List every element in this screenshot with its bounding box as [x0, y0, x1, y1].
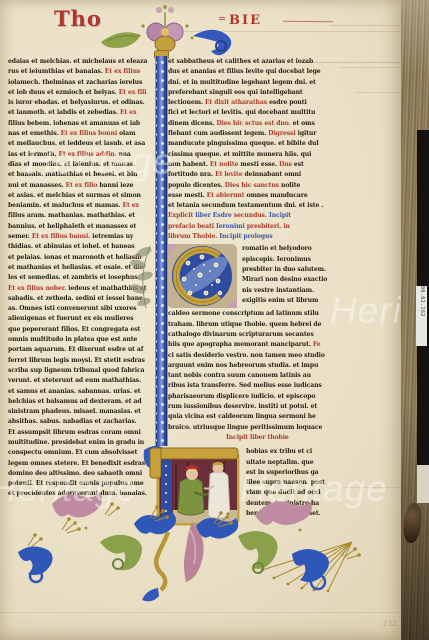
- page-crease: [355, 92, 401, 93]
- text-line: et ianmoth. et iabdis et zebedias. Et ex: [8, 108, 150, 118]
- text-line: exigitis enim ut librum: [242, 296, 360, 306]
- text-line: ribus ista transferre. Sed melius esse i…: [168, 381, 360, 391]
- text-line: preferebant singuli eos qui intelligeban…: [168, 88, 360, 98]
- text-line: quia vicina est caldeorum lingua sermoni…: [168, 412, 360, 422]
- text-line: et samus et ananias. sabannas. urias. et: [8, 387, 150, 397]
- bottom-floral-border-icon: [0, 470, 420, 640]
- text-line: braico. utriusque lingue peritissimum lo…: [168, 423, 360, 433]
- text-line: verunt. et steterunt ad eum mathathias.: [8, 376, 150, 386]
- left-text-column: edaias et melchias. et michelaus et elea…: [8, 57, 150, 500]
- text-line: hobias ex tribu et ci: [246, 447, 360, 457]
- text-line: cathalogo divinarum scripturarum secante…: [168, 330, 360, 340]
- text-line: populo dicentes. Dies hic sanctus nolite: [168, 181, 360, 191]
- text-line: ias et iermoth. Et ex filius addin. naa: [8, 150, 150, 160]
- text-line: tant nobis contra suum canonem latinis a…: [168, 371, 360, 381]
- text-line: alienigenas et fuerunt ex eis mulieres: [8, 314, 150, 324]
- text-line: fortitudo nra. Et levite deinnabant omni: [168, 170, 360, 180]
- text-line: et letania secundum testamentum dni. et …: [168, 201, 360, 211]
- text-line: sabadis. et zetheda. sedini et iessei ba…: [8, 294, 150, 304]
- text-line: hiis que apographa memorant manciparut. …: [168, 340, 360, 350]
- text-line: multitudine. presidebat enim in gradu in: [8, 438, 150, 448]
- prologue-block: romatio et helyodoroepiscopis. Ieronimus…: [168, 242, 360, 309]
- text-line: ferret librum legis moysi. Et stetit esd…: [8, 356, 150, 366]
- text-line: et pelaias. ionas et maronoth et heliasi…: [8, 253, 150, 263]
- text-line: is iuror ebadas. et helyasiurus. et odin…: [8, 98, 150, 108]
- text-line: manducate pinguissima queque. et bibite …: [168, 139, 360, 149]
- text-line: dus et ananias et filius levite qui doce…: [168, 67, 360, 77]
- text-line: thidias. et abinuias et iohel. et baneas: [8, 242, 150, 252]
- text-line: nui et manasses. Et ex filio banni ieze: [8, 181, 150, 191]
- text-line: sinistram phadeus. misael. manasias. et: [8, 407, 150, 417]
- text-line: et mellauchus. et ieddeus et iasub. et a…: [8, 139, 150, 149]
- text-line: conspectu omnium. Et cum absolvisset: [8, 448, 150, 458]
- text-line: dinem dicens. Dies hic sctus est dno. et…: [168, 119, 360, 129]
- text-line: episcopis. Ieronimus: [242, 255, 360, 265]
- text-line: filius bebem. iohenas et amanuas et iab: [8, 119, 150, 129]
- illuminated-initial-c: [166, 243, 238, 309]
- text-line: non habent. Et nolite mesti esse. Dns es…: [168, 160, 360, 170]
- text-line: ci satis desiderio vestro. non tamen meo…: [168, 351, 360, 361]
- text-line: les et semedias. et zambris et iosephus.: [8, 273, 150, 283]
- text-line: rus et ieiumthias et banaias. Et ex fili…: [8, 67, 150, 77]
- text-line: et asias. et melchias et surmas et simon: [8, 191, 150, 201]
- text-line: et mathanias et heliasias. et osaie. et …: [8, 263, 150, 273]
- text-line: prefacio beati Ieronimi presbiteri. in: [168, 222, 360, 232]
- text-line: esse mesti. Et abierunt omnes manducare: [168, 191, 360, 201]
- spine-label-text: 00.02.162: [419, 286, 425, 346]
- text-line: presbiter in dno salutem.: [242, 265, 360, 275]
- text-line: et iob duus et ezmioch et helyas. Et ex …: [8, 88, 150, 98]
- right-column-top: et sabbatheus et calithes et azarias et …: [168, 57, 360, 242]
- text-line: dni. et in multitudine legebant legem dn…: [168, 78, 360, 88]
- text-line: helchias et balsamus ad dexteram. et ad: [8, 397, 150, 407]
- text-line: uitate neptalim. que: [246, 458, 360, 468]
- text-line: pharisaeorum displicere iudicio. et epis…: [168, 392, 360, 402]
- text-line: arguunt enim nos hebreorum studia. et im…: [168, 361, 360, 371]
- text-line: portam aquarum. Et dixerunt esdre ut af: [8, 345, 150, 355]
- text-line: que pepererant filios. Et congregata est: [8, 325, 150, 335]
- margin-foliage-icon: [130, 244, 160, 310]
- text-line: bannius. et heliphaleth et manasses et: [8, 222, 150, 232]
- edge-light-patch: [417, 465, 429, 503]
- text-line: omnis multitudo in platea que est ante: [8, 335, 150, 345]
- text-line: librum Thobie. Incipit prologus: [168, 232, 360, 242]
- text-line: beniamin. et maluchus et mamas. Et ex: [8, 201, 150, 211]
- text-line: fici et lectori et levitis. qui docebant…: [168, 108, 360, 118]
- text-line: caldeo sermone conscriptum ad latinum st…: [168, 309, 360, 319]
- text-line: absithas. sabus. nabadias et zacharias.: [8, 417, 150, 427]
- manuscript-photo: Tho = BIE edaias et melchias. et michela…: [0, 0, 429, 640]
- text-line: Et assumpsit librum esdras coram omni: [8, 428, 150, 438]
- spine-label: 00.02.162: [416, 286, 427, 346]
- text-line: nis vestre instantiam.: [242, 286, 360, 296]
- text-line: Explicit liber Esdre secundus. Incipit: [168, 211, 360, 221]
- text-line: cissima queque. et mittite munera hiis. …: [168, 150, 360, 160]
- text-line: nas et emethis. Et ex filius bonni olam: [8, 129, 150, 139]
- text-line: et baasais. mathathias et beseel. et bin: [8, 170, 150, 180]
- text-line: romatio et helyodoro: [242, 244, 360, 254]
- text-line: filius aram. mathanias. mathathias. et: [8, 211, 150, 221]
- prologue-lines: romatio et helyodoroepiscopis. Ieronimus…: [242, 242, 360, 306]
- text-line: legem omnes stetere. Et benedixit esdras: [8, 459, 150, 469]
- text-line: scriba sup ligneum tribunal quod fabrica: [8, 366, 150, 376]
- page-crease: [330, 25, 400, 26]
- text-line: Mirari non desino exactio: [242, 275, 360, 285]
- text-line: lectionem. Et dixit atharathas esdre pon…: [168, 98, 360, 108]
- text-line: traham. librum utique thobie. quem hebre…: [168, 320, 360, 330]
- text-line: iolamech. thelminas et zacharias ierelus: [8, 78, 150, 88]
- right-column-mid: caldeo sermone conscriptum ad latinum st…: [168, 309, 360, 433]
- rubric-incipit-liber-thobie: Incipit liber thobie: [226, 433, 360, 443]
- text-line: flebant cum audissent legem. Digressi ig…: [168, 129, 360, 139]
- text-line: semer. Et ex filius banni. ietremias ny: [8, 232, 150, 242]
- text-line: dias et moodias. et ialenius. et monas.: [8, 160, 150, 170]
- text-line: rum iussionibus deservire. institi ut po…: [168, 402, 360, 412]
- text-line: Et ex filius nober. iedeus et mathathias…: [8, 284, 150, 294]
- text-line: as. Omnes isti convenerunt sibi uxores: [8, 304, 150, 314]
